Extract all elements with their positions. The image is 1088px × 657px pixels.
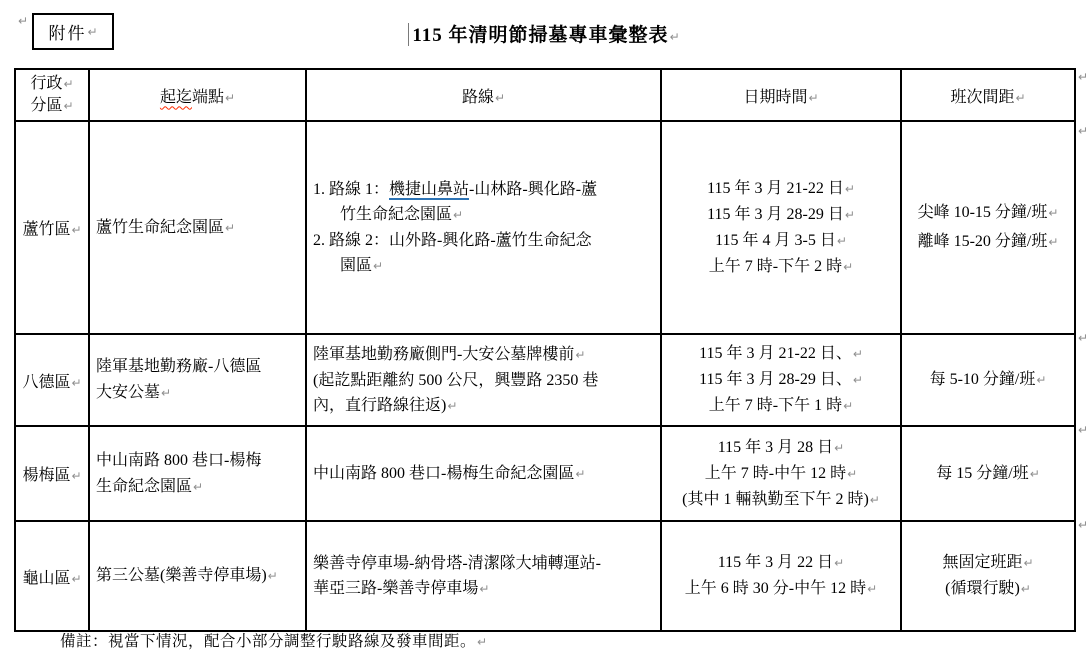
route-item1-prefix: 1. 路線 1： [313,181,389,198]
paragraph-mark: ↵ [268,569,278,583]
route-text: (起訖點距離約 500 公尺，興豐路 2350 巷 [313,372,598,389]
page-title: 115 年清明節掃墓專車彙整表↵ [0,20,1088,47]
district-label: 龜山區 [22,570,70,587]
datetime-cell: 115 年 3 月 28 日↵ 上午 7 時-中午 12 時↵ (其中 1 輛執… [661,426,901,521]
header-endpoints-rest: 端點 [192,89,224,106]
header-interval-label: 班次間距 [950,89,1014,106]
endpoints-text: 中山南路 800 巷口-楊梅 [96,452,261,469]
datetime-cell: 115 年 3 月 22 日↵ 上午 6 時 30 分-中午 12 時↵ [661,521,901,631]
paragraph-mark: ↵ [495,91,505,105]
route-text: 中山南路 800 巷口-楊梅生命紀念園區 [313,465,574,482]
footnote-text: 備註：視當下情況，配合小部分調整行駛路線及發車間距。 [60,633,476,650]
row-end-mark: ↵ [1078,70,1088,84]
paragraph-mark: ↵ [1015,91,1025,105]
header-cell-endpoints: 起迄端點↵ [89,69,306,121]
paragraph-mark: ↵ [834,441,844,455]
district-cell: 蘆竹區↵ [15,121,89,334]
paragraph-mark: ↵ [479,582,489,596]
paragraph-mark: ↵ [193,480,203,494]
interval-cell: 每 5-10 分鐘/班↵ [901,334,1075,426]
table-row: 龜山區↵ 第三公墓(樂善寺停車場)↵ 樂善寺停車場-納骨塔-清潔隊大埔轉運站- … [15,521,1075,631]
paragraph-mark: ↵ [575,348,585,362]
district-cell: 八德區↵ [15,334,89,426]
datetime-line: (其中 1 輛執勤至下午 2 時) [682,491,869,508]
paragraph-mark: ↵ [1021,582,1031,596]
route-item1-wrap: 竹生命紀念園區 [340,206,452,223]
paragraph-mark: ↵ [1030,467,1040,481]
datetime-cell: 115 年 3 月 21-22 日、↵ 115 年 3 月 28-29 日、↵ … [661,334,901,426]
summary-table: 行政↵ 分區↵ 起迄端點↵ 路線↵ 日期時間↵ 班次間距↵ 蘆竹區↵ 蘆竹生命紀… [14,68,1076,632]
route-cell: 樂善寺停車場-納骨塔-清潔隊大埔轉運站- 華亞三路-樂善寺停車場↵ [306,521,661,631]
paragraph-mark: ↵ [1036,373,1046,387]
datetime-line: 上午 7 時-中午 12 時 [705,465,846,482]
route-text: 內，直行路線往返) [313,397,446,414]
endpoints-text: 大安公墓 [96,384,160,401]
row-end-mark: ↵ [1078,124,1088,138]
route-item2-wrap: 園區 [340,257,372,274]
datetime-line: 115 年 3 月 21-22 日、 [699,345,852,362]
header-cell-route: 路線↵ [306,69,661,121]
route-item1-suffix: -山林路-興化路-蘆 [469,181,597,198]
interval-line: 每 5-10 分鐘/班 [930,371,1036,388]
row-end-mark: ↵ [1078,331,1088,345]
paragraph-mark: ↵ [71,223,81,237]
interval-line: (循環行駛) [945,580,1020,597]
paragraph-mark: ↵ [845,182,855,196]
header-cell-datetime: 日期時間↵ [661,69,901,121]
interval-line: 離峰 15-20 分鐘/班 [918,233,1048,250]
interval-cell: 無固定班距↵ (循環行駛)↵ [901,521,1075,631]
header-district-line2: 分區 [30,97,62,114]
paragraph-mark: ↵ [71,469,81,483]
datetime-line: 115 年 3 月 28-29 日 [707,206,844,223]
paragraph-mark: ↵ [867,582,877,596]
district-cell: 龜山區↵ [15,521,89,631]
route-cell: 陸軍基地勤務廠側門-大安公墓牌樓前↵ (起訖點距離約 500 公尺，興豐路 23… [306,334,661,426]
document-page: ↵ 附件↵ 115 年清明節掃墓專車彙整表↵ 行政↵ 分區↵ 起迄端點↵ 路線↵… [0,0,1088,657]
route-text: 陸軍基地勤務廠側門-大安公墓牌樓前 [313,346,574,363]
datetime-line: 115 年 3 月 28-29 日、 [699,371,852,388]
paragraph-mark: ↵ [853,347,863,361]
paragraph-mark: ↵ [161,386,171,400]
table-row: 楊梅區↵ 中山南路 800 巷口-楊梅 生命紀念園區↵ 中山南路 800 巷口-… [15,426,1075,521]
district-cell: 楊梅區↵ [15,426,89,521]
interval-line: 無固定班距 [942,554,1022,571]
endpoints-text: 生命紀念園區 [96,478,192,495]
district-label: 楊梅區 [22,467,70,484]
paragraph-mark: ↵ [373,259,383,273]
paragraph-mark: ↵ [843,399,853,413]
endpoints-text: 第三公墓(樂善寺停車場) [96,567,267,584]
paragraph-mark: ↵ [575,467,585,481]
interval-cell: 尖峰 10-15 分鐘/班↵ 離峰 15-20 分鐘/班↵ [901,121,1075,334]
page-title-text: 115 年清明節掃墓專車彙整表 [412,25,668,46]
header-cell-interval: 班次間距↵ [901,69,1075,121]
row-end-mark: ↵ [1078,423,1088,437]
datetime-line: 115 年 4 月 3-5 日 [715,232,836,249]
interval-line: 尖峰 10-15 分鐘/班 [918,204,1048,221]
paragraph-mark: ↵ [453,208,463,222]
endpoints-cell: 中山南路 800 巷口-楊梅 生命紀念園區↵ [89,426,306,521]
paragraph-mark: ↵ [845,208,855,222]
datetime-cell: 115 年 3 月 21-22 日↵ 115 年 3 月 28-29 日↵ 11… [661,121,901,334]
paragraph-mark: ↵ [477,635,487,649]
endpoints-cell: 蘆竹生命紀念園區↵ [89,121,306,334]
paragraph-mark: ↵ [1048,206,1058,220]
text-cursor [408,23,409,46]
paragraph-mark: ↵ [853,373,863,387]
district-label: 蘆竹區 [22,221,70,238]
paragraph-mark: ↵ [834,556,844,570]
header-route-label: 路線 [462,89,494,106]
paragraph-mark: ↵ [670,30,680,44]
table-header-row: 行政↵ 分區↵ 起迄端點↵ 路線↵ 日期時間↵ 班次間距↵ [15,69,1075,121]
route-cell: 1. 路線 1：機捷山鼻站-山林路-興化路-蘆 竹生命紀念園區↵ 2. 路線 2… [306,121,661,334]
paragraph-mark: ↵ [843,260,853,274]
paragraph-mark: ↵ [837,234,847,248]
route-item1-station-underlined: 機捷山鼻站 [389,181,469,200]
footnote: 備註：視當下情況，配合小部分調整行駛路線及發車間距。↵ [60,629,487,651]
paragraph-mark: ↵ [225,221,235,235]
paragraph-mark: ↵ [808,91,818,105]
table-row: 蘆竹區↵ 蘆竹生命紀念園區↵ 1. 路線 1：機捷山鼻站-山林路-興化路-蘆 竹… [15,121,1075,334]
table-row: 八德區↵ 陸軍基地勤務廠-八德區 大安公墓↵ 陸軍基地勤務廠側門-大安公墓牌樓前… [15,334,1075,426]
route-cell: 中山南路 800 巷口-楊梅生命紀念園區↵ [306,426,661,521]
datetime-line: 115 年 3 月 28 日 [718,439,833,456]
route-item2-line1: 2. 路線 2：山外路-興化路-蘆竹生命紀念 [313,232,592,249]
paragraph-mark: ↵ [63,99,73,113]
district-label: 八德區 [22,374,70,391]
datetime-line: 上午 6 時 30 分-中午 12 時 [685,580,866,597]
datetime-line: 115 年 3 月 21-22 日 [707,180,844,197]
datetime-line: 上午 7 時-下午 2 時 [709,258,842,275]
route-text: 華亞三路-樂善寺停車場 [313,580,478,597]
row-end-mark: ↵ [1078,518,1088,532]
endpoints-text: 陸軍基地勤務廠-八德區 [96,358,261,375]
datetime-line: 上午 7 時-下午 1 時 [709,397,842,414]
header-cell-district: 行政↵ 分區↵ [15,69,89,121]
route-text: 樂善寺停車場-納骨塔-清潔隊大埔轉運站- [313,555,601,572]
interval-cell: 每 15 分鐘/班↵ [901,426,1075,521]
paragraph-mark: ↵ [870,493,880,507]
paragraph-mark: ↵ [447,399,457,413]
endpoints-cell: 陸軍基地勤務廠-八德區 大安公墓↵ [89,334,306,426]
datetime-line: 115 年 3 月 22 日 [718,554,833,571]
paragraph-mark: ↵ [1048,235,1058,249]
endpoints-text: 蘆竹生命紀念園區 [96,219,224,236]
interval-line: 每 15 分鐘/班 [936,465,1028,482]
paragraph-mark: ↵ [225,91,235,105]
header-datetime-label: 日期時間 [743,89,807,106]
paragraph-mark: ↵ [1023,556,1033,570]
header-district-line1: 行政 [30,75,62,92]
header-endpoints-misspelled: 起迄 [160,89,192,106]
paragraph-mark: ↵ [71,572,81,586]
paragraph-mark: ↵ [63,77,73,91]
paragraph-mark: ↵ [847,467,857,481]
endpoints-cell: 第三公墓(樂善寺停車場)↵ [89,521,306,631]
paragraph-mark: ↵ [71,376,81,390]
